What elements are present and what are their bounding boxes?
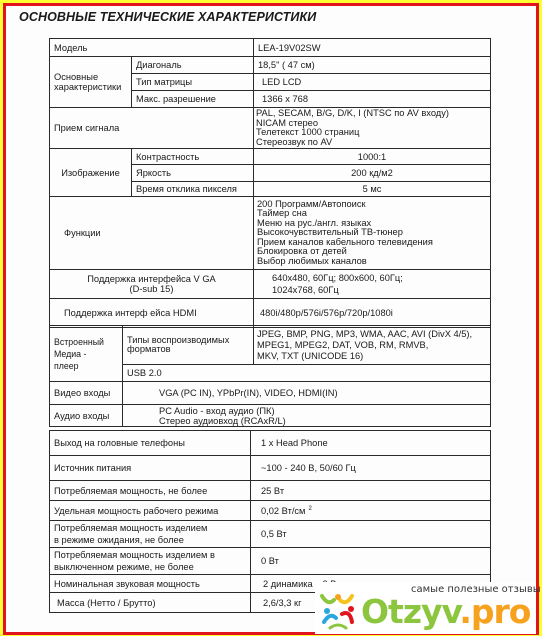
spec-label: Тип матрицы: [132, 74, 254, 91]
spec-value: LEA-19V02SW: [254, 39, 491, 57]
spec-value: 480i/480p/576i/576p/720p/1080i: [254, 299, 491, 328]
spec-table-media: Встроенный Медиа - плеер Типы воспроизво…: [49, 325, 491, 427]
spec-value: 0,02 Вт/см2: [251, 501, 491, 521]
spec-label: Функции: [50, 197, 254, 270]
otzyv-logo-icon: [318, 592, 358, 630]
spec-label: Поддержка интерфейса V GA (D-sub 15): [50, 270, 254, 299]
spec-label: Поддержка интерф ейса HDMI: [50, 299, 254, 328]
watermark-brand: Otzyv.pro: [361, 592, 530, 631]
table-row: Основные характеристики Диагональ 18,5" …: [50, 57, 491, 74]
spec-value: PAL, SECAM, B/G, D/K, I (NTSC по AV вход…: [254, 108, 491, 149]
spec-label: Макс. разрешение: [132, 91, 254, 108]
table-row: Видео входы VGA (PC IN), YPbPr(IN), VIDE…: [50, 382, 491, 405]
spec-value: VGA (PC IN), YPbPr(IN), VIDEO, HDMI(IN): [123, 382, 491, 405]
spec-label: Выход на головные телефоны: [50, 431, 251, 456]
spec-label: Потребляемая мощность изделием в режиме …: [50, 521, 251, 548]
table-row: Модель LEA-19V02SW: [50, 39, 491, 57]
spec-value: 25 Вт: [251, 481, 491, 501]
document-title: ОСНОВНЫЕ ТЕХНИЧЕСКИЕ ХАРАКТЕРИСТИКИ: [19, 10, 316, 24]
spec-value: 1366 x 768: [254, 91, 491, 108]
spec-group-label: Изображение: [50, 149, 132, 197]
table-row: Выход на головные телефоны 1 x Head Phon…: [50, 431, 491, 456]
table-row: Поддержка интерф ейса HDMI 480i/480p/576…: [50, 299, 491, 328]
spec-label: Номинальная звуковая мощность: [50, 575, 251, 593]
spec-label: Типы воспроизводимых форматов: [123, 326, 254, 365]
spec-table: Модель LEA-19V02SW Основные характеристи…: [49, 38, 491, 328]
spec-label: Источник питания: [50, 456, 251, 481]
spec-group-label: Встроенный Медиа - плеер: [50, 326, 123, 382]
spec-value: 200 кд/м2: [254, 165, 491, 182]
spec-label: Время отклика пикселя: [132, 182, 254, 197]
spec-label: Модель: [50, 39, 254, 57]
spec-label: Прием сигнала: [50, 108, 254, 149]
spec-value: 200 Программ/Автопоиск Таймер сна Меню н…: [254, 197, 491, 270]
table-row: Потребляемая мощность изделием в режиме …: [50, 521, 491, 548]
spec-value: JPEG, BMP, PNG, MP3, WMA, AAC, AVI (DivX…: [254, 326, 491, 365]
spec-label: Масса (Нетто / Брутто): [50, 593, 251, 613]
spec-value: 1000:1: [254, 149, 491, 165]
spec-label: Контрастность: [132, 149, 254, 165]
spec-label: Потребляемая мощность изделием в выключе…: [50, 548, 251, 575]
spec-value: 0,5 Вт: [251, 521, 491, 548]
spec-value: 5 мс: [254, 182, 491, 197]
table-row: Источник питания ~100 - 240 В, 50/60 Гц: [50, 456, 491, 481]
spec-value: LED LCD: [254, 74, 491, 91]
table-row: Потребляемая мощность изделием в выключе…: [50, 548, 491, 575]
spec-label: Диагональ: [132, 57, 254, 74]
table-row: Поддержка интерфейса V GA (D-sub 15) 640…: [50, 270, 491, 299]
spec-label: Яркость: [132, 165, 254, 182]
spec-label: Аудио входы: [50, 405, 123, 427]
spec-label: Видео входы: [50, 382, 123, 405]
table-row: Потребляемая мощность, не более 25 Вт: [50, 481, 491, 501]
spec-value: USB 2.0: [123, 365, 491, 382]
table-row: Функции 200 Программ/Автопоиск Таймер сн…: [50, 197, 491, 270]
brand-main: Otzyv: [361, 592, 459, 631]
spec-label: Удельная мощность рабочего режима: [50, 501, 251, 521]
table-row: Встроенный Медиа - плеер Типы воспроизво…: [50, 326, 491, 365]
table-row: Удельная мощность рабочего режима 0,02 В…: [50, 501, 491, 521]
spec-value: 1 x Head Phone: [251, 431, 491, 456]
spec-value: 0 Вт: [251, 548, 491, 575]
spec-value: 640x480, 60Гц; 800x600, 60Гц; 1024x768, …: [254, 270, 491, 299]
spec-value: 18,5" ( 47 см): [254, 57, 491, 74]
table-row: Аудио входы PC Audio - вход аудио (ПК) С…: [50, 405, 491, 427]
table-row: Прием сигнала PAL, SECAM, B/G, D/K, I (N…: [50, 108, 491, 149]
spec-group-label: Основные характеристики: [50, 57, 132, 108]
spec-value: ~100 - 240 В, 50/60 Гц: [251, 456, 491, 481]
spec-value: PC Audio - вход аудио (ПК) Стерео аудиов…: [123, 405, 491, 427]
superscript: 2: [308, 506, 311, 512]
spec-label: Потребляемая мощность, не более: [50, 481, 251, 501]
brand-domain: .pro: [459, 592, 530, 631]
spec-value-text: 0,02 Вт/см: [261, 507, 305, 517]
table-row: Изображение Контрастность 1000:1: [50, 149, 491, 165]
